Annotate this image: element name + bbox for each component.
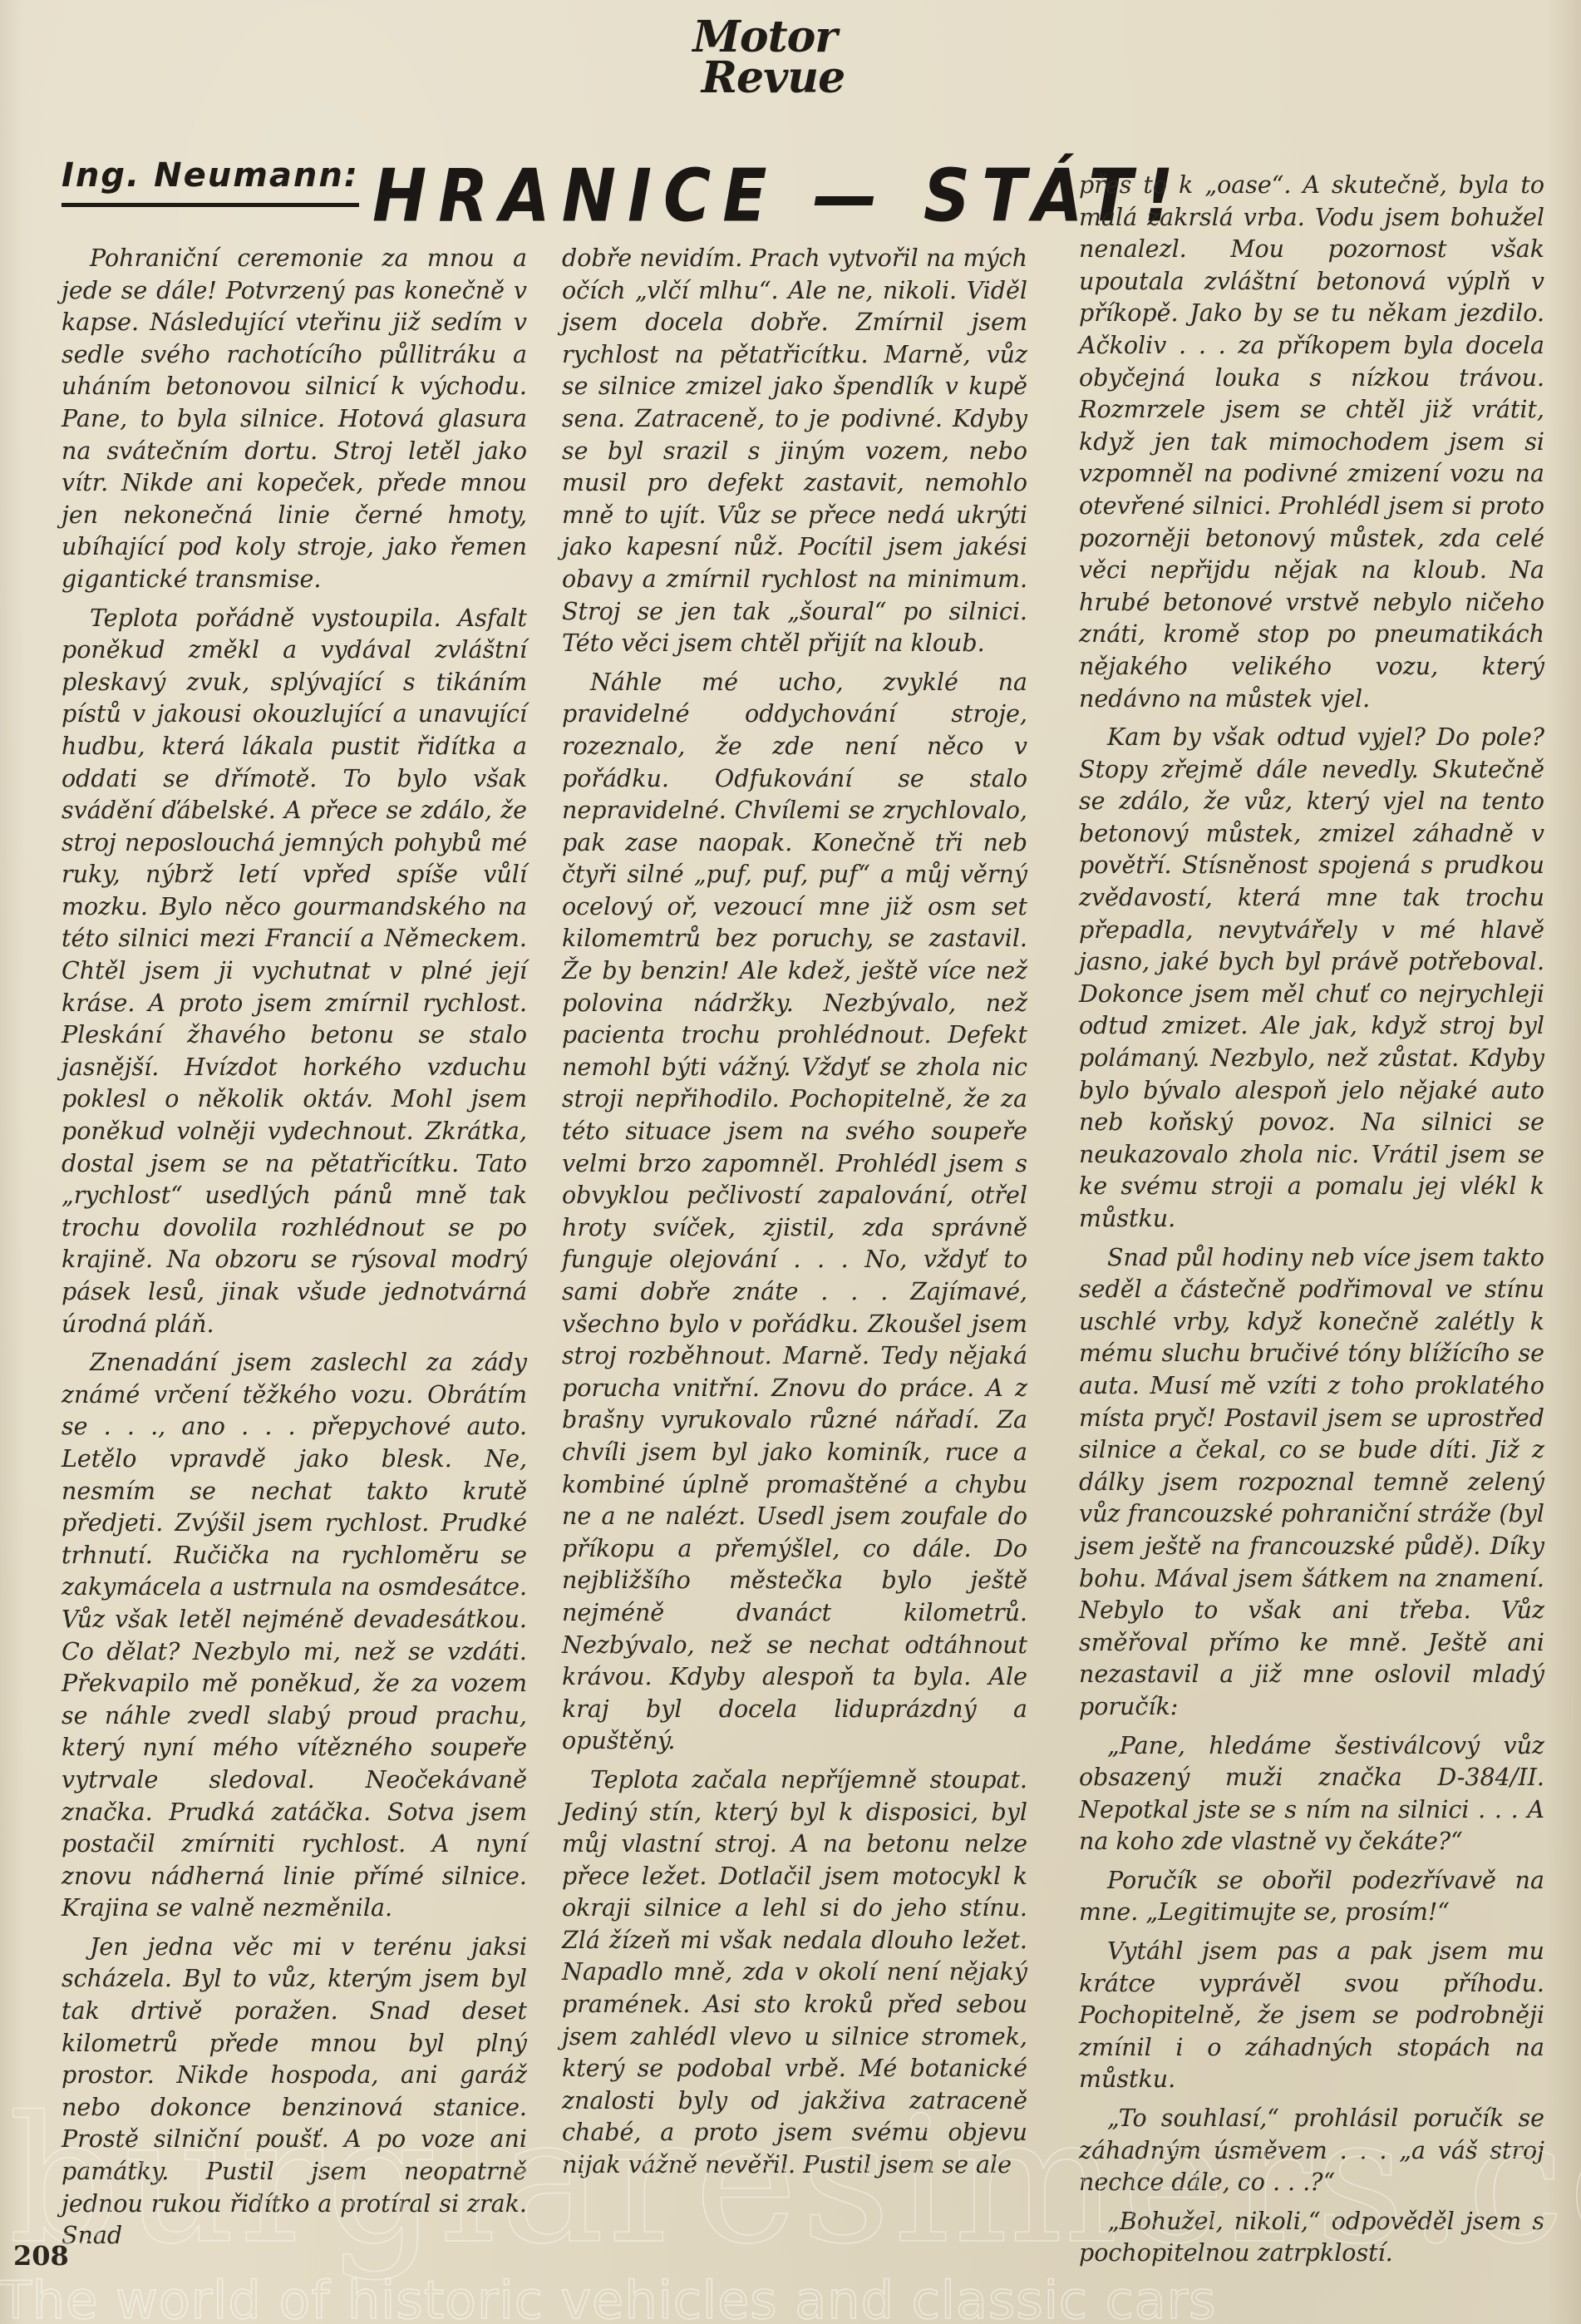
article-column-2: dobře nevidím. Prach vytvořil na mých oč…	[562, 243, 1027, 2182]
paragraph: Jen jedna věc mi v terénu jaksi scházela…	[62, 1932, 527, 2252]
paragraph: Náhle mé ucho, zvyklé na pravidelné oddy…	[562, 667, 1027, 1758]
paragraph: „To souhlasí,“ prohlásil poručík se záha…	[1079, 2103, 1544, 2199]
paragraph: „Pane, hledáme šestiválcový vůz obsazený…	[1079, 1730, 1544, 1858]
article-byline: Ing. Neumann:	[62, 156, 359, 207]
paragraph: „Bohužel, nikoli,“ odpověděl jsem s poch…	[1079, 2206, 1544, 2270]
paragraph: Kam by však odtud vyjel? Do pole? Stopy …	[1079, 722, 1544, 1236]
article-column-3: přes to k „oase“. A skutečně, byla to ma…	[1079, 170, 1544, 2270]
paragraph: Poručík se obořil podezřívavě na mne. „L…	[1079, 1865, 1544, 1929]
paragraph: Vytáhl jsem pas a pak jsem mu krátce vyp…	[1079, 1936, 1544, 2096]
masthead-line-2: Revue	[698, 57, 848, 98]
article-title: HRANICE — STÁT!	[372, 155, 1185, 239]
magazine-masthead: Motor Revue	[682, 17, 848, 99]
masthead-line-1: Motor	[682, 17, 848, 57]
paragraph: dobře nevidím. Prach vytvořil na mých oč…	[562, 243, 1027, 660]
paragraph: Znenadání jsem zaslechl za zády známé vr…	[62, 1347, 527, 1925]
page-number: 208	[13, 2240, 69, 2272]
article-column-1: Pohraniční ceremonie za mnou a jede se d…	[62, 243, 527, 2252]
paragraph: Teplota pořádně vystoupila. Asfalt poněk…	[62, 603, 527, 1341]
paragraph: Teplota začala nepříjemně stoupat. Jedin…	[562, 1764, 1027, 2182]
watermark-tagline: The world of historic vehicles and class…	[0, 2270, 1216, 2324]
paragraph: přes to k „oase“. A skutečně, byla to ma…	[1079, 170, 1544, 715]
paragraph: Snad půl hodiny neb více jsem takto sedě…	[1079, 1242, 1544, 1724]
magazine-page: Motor Revue Ing. Neumann: HRANICE — STÁT…	[0, 0, 1581, 2324]
paragraph: Pohraniční ceremonie za mnou a jede se d…	[62, 243, 527, 596]
